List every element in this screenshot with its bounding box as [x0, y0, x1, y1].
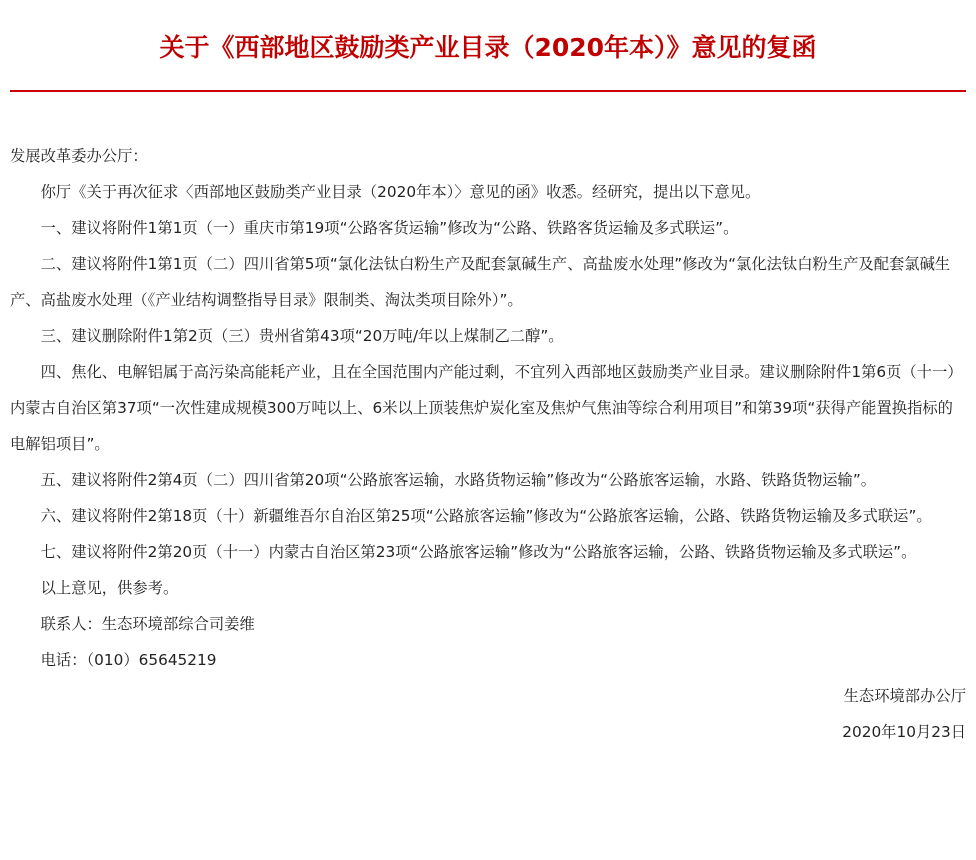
letter-body: 发展改革委办公厅： 你厅《关于再次征求〈西部地区鼓励类产业目录（2020年本）〉…: [10, 138, 966, 750]
contact-person: 联系人：生态环境部综合司姜维: [10, 606, 966, 642]
title-divider: [10, 90, 966, 92]
paragraph-item-2: 二、建议将附件1第1页（二）四川省第5项“氯化法钛白粉生产及配套氯碱生产、高盐废…: [10, 246, 966, 318]
contact-phone: 电话：（010）65645219: [10, 642, 966, 678]
paragraph-intro: 你厅《关于再次征求〈西部地区鼓励类产业目录（2020年本）〉意见的函》收悉。经研…: [10, 174, 966, 210]
paragraph-item-5: 五、建议将附件2第4页（二）四川省第20项“公路旅客运输，水路货物运输”修改为“…: [10, 462, 966, 498]
document-title: 关于《西部地区鼓励类产业目录（2020年本）》意见的复函: [0, 30, 976, 66]
paragraph-item-7: 七、建议将附件2第20页（十一）内蒙古自治区第23项“公路旅客运输”修改为“公路…: [10, 534, 966, 570]
paragraph-item-1: 一、建议将附件1第1页（一）重庆市第19项“公路客货运输”修改为“公路、铁路客货…: [10, 210, 966, 246]
closing-remark: 以上意见，供参考。: [10, 570, 966, 606]
signature-date: 2020年10月23日: [10, 714, 966, 750]
signature-org: 生态环境部办公厅: [10, 678, 966, 714]
salutation: 发展改革委办公厅：: [10, 138, 966, 174]
paragraph-item-4: 四、焦化、电解铝属于高污染高能耗产业，且在全国范围内产能过剩，不宜列入西部地区鼓…: [10, 354, 966, 462]
paragraph-item-3: 三、建议删除附件1第2页（三）贵州省第43项“20万吨/年以上煤制乙二醇”。: [10, 318, 966, 354]
paragraph-item-6: 六、建议将附件2第18页（十）新疆维吾尔自治区第25项“公路旅客运输”修改为“公…: [10, 498, 966, 534]
